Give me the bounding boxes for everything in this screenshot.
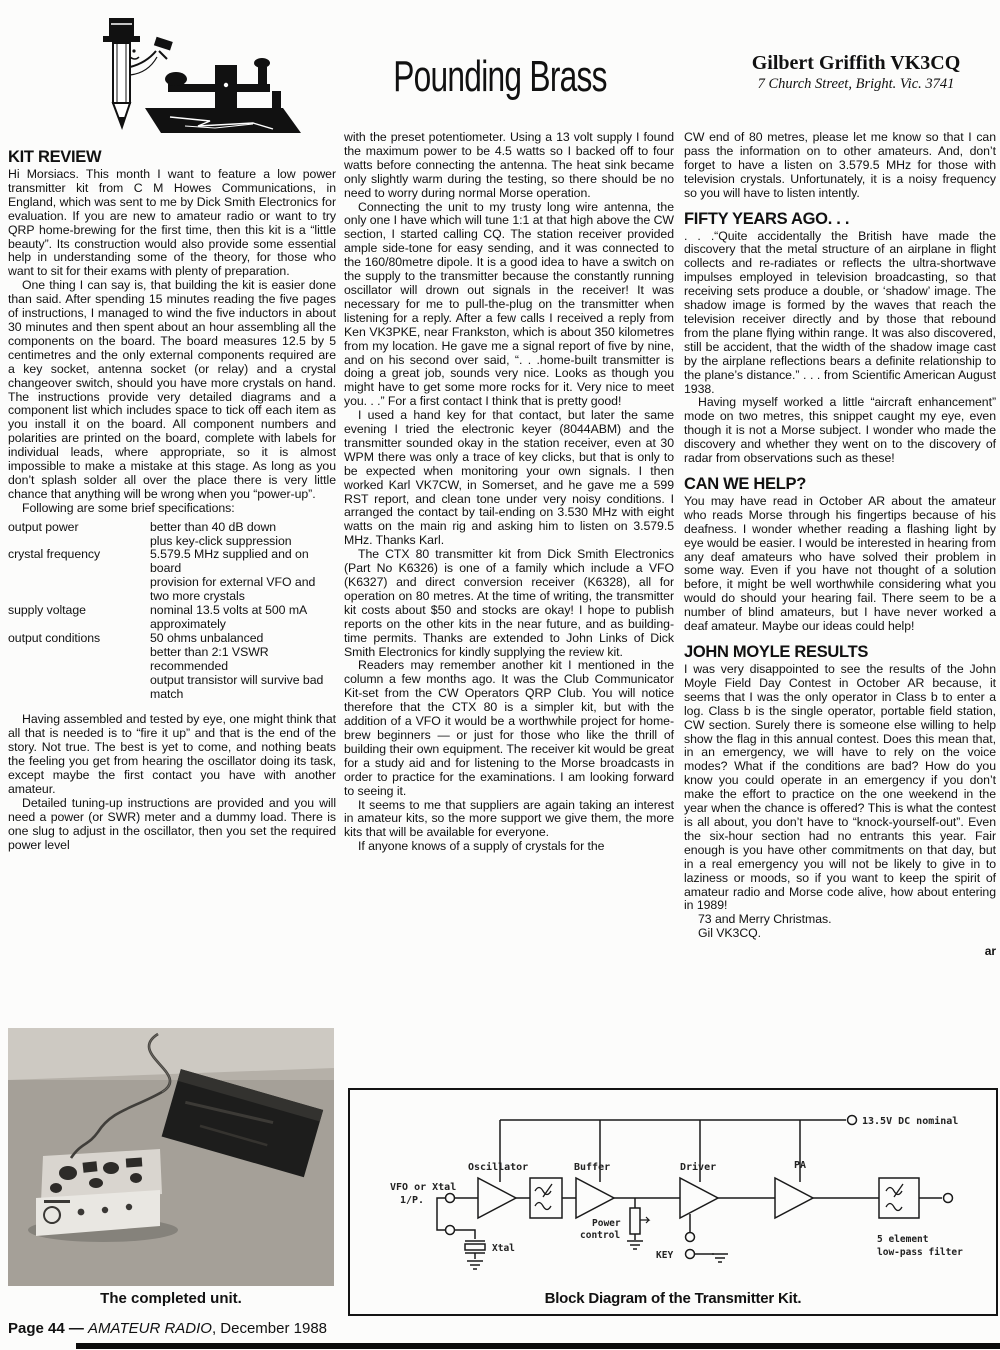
article-end-mark: ar — [684, 945, 996, 959]
paragraph: One thing I can say is, that building th… — [8, 279, 336, 502]
key-label: KEY — [656, 1250, 673, 1261]
paragraph: I was very disappointed to see the resul… — [684, 663, 996, 913]
supply-label: 13.5V DC nominal — [862, 1115, 958, 1127]
pencil-telegraph-key-illustration — [75, 5, 315, 140]
power-control-label: Power — [592, 1218, 621, 1229]
spec-list: output power better than 40 dB down plus… — [8, 521, 336, 702]
page-title: Pounding Brass — [378, 52, 623, 102]
paragraph: with the preset potentiometer. Using a 1… — [344, 131, 674, 201]
input-label: VFO or Xtal — [390, 1182, 456, 1193]
spec-desc: nominal 13.5 volts at 500 mA approximate… — [150, 604, 336, 632]
issue-date: , December 1988 — [212, 1320, 327, 1337]
block-diagram-drawing: 13.5V DC nominal VFO or Xtal 1/P. Oscill… — [350, 1090, 995, 1280]
paragraph: It seems to me that suppliers are again … — [344, 799, 674, 841]
photo-caption: The completed unit. — [8, 1290, 334, 1307]
signoff-line: 73 and Merry Christmas. — [684, 913, 996, 927]
buffer-label: Buffer — [574, 1162, 610, 1173]
paragraph: If anyone knows of a supply of crystals … — [344, 840, 674, 854]
paragraph: You may have read in October AR about th… — [684, 495, 996, 634]
magazine-name: AMATEUR RADIO — [88, 1320, 212, 1337]
spec-row: crystal frequency 5.579.5 MHz supplied a… — [8, 548, 336, 604]
column-1: KIT REVIEW Hi Morsiacs. This month I wan… — [8, 148, 336, 853]
spec-term: output power — [8, 521, 150, 549]
spec-desc: better than 40 dB down plus key-click su… — [150, 521, 336, 549]
author-block: Gilbert Griffith VK3CQ 7 Church Street, … — [720, 52, 992, 93]
paragraph: Connecting the unit to my trusty long wi… — [344, 201, 674, 410]
oscillator-label: Oscillator — [468, 1161, 528, 1173]
heading-fifty-years-ago: FIFTY YEARS AGO. . . — [684, 210, 996, 228]
paragraph: Having assembled and tested by eye, one … — [8, 713, 336, 796]
page-number: Page 44 — — [8, 1320, 88, 1337]
completed-unit-photo — [8, 1028, 334, 1286]
paragraph: I used a hand key for that contact, but … — [344, 409, 674, 548]
block-diagram: 13.5V DC nominal VFO or Xtal 1/P. Oscill… — [348, 1088, 998, 1316]
column-3: CW end of 80 metres, please let me know … — [684, 131, 996, 959]
paragraph: The CTX 80 transmitter kit from Dick Smi… — [344, 548, 674, 659]
author-address: 7 Church Street, Bright. Vic. 3741 — [720, 76, 992, 93]
paragraph: CW end of 80 metres, please let me know … — [684, 131, 996, 201]
spec-desc: 5.579.5 MHz supplied and on board provis… — [150, 548, 336, 604]
input-label-2: 1/P. — [400, 1195, 424, 1206]
author-name: Gilbert Griffith VK3CQ — [720, 52, 992, 75]
spec-row: output conditions 50 ohms unbalanced bet… — [8, 632, 336, 702]
signoff-line: Gil VK3CQ. — [684, 927, 996, 941]
spec-term: supply voltage — [8, 604, 150, 632]
xtal-label: Xtal — [492, 1243, 515, 1254]
diagram-caption: Block Diagram of the Transmitter Kit. — [350, 1290, 996, 1307]
spec-term: output conditions — [8, 632, 150, 702]
magazine-page: Pounding Brass Gilbert Griffith VK3CQ 7 … — [0, 0, 1000, 1350]
specs-intro: Following are some brief specifications: — [8, 502, 336, 516]
column-2: with the preset potentiometer. Using a 1… — [344, 131, 674, 854]
lpf-label-2: low-pass filter — [877, 1247, 963, 1258]
driver-label: Driver — [680, 1161, 716, 1173]
heading-john-moyle-results: JOHN MOYLE RESULTS — [684, 643, 996, 661]
heading-can-we-help: CAN WE HELP? — [684, 475, 996, 493]
spec-term: crystal frequency — [8, 548, 150, 604]
power-control-label-2: control — [580, 1230, 620, 1241]
heading-kit-review: KIT REVIEW — [8, 148, 336, 166]
paragraph: Readers may remember another kit I menti… — [344, 659, 674, 798]
paragraph: . . .“Quite accidentally the British hav… — [684, 230, 996, 397]
paragraph: Having myself worked a little “aircraft … — [684, 396, 996, 466]
bottom-rule — [76, 1343, 1000, 1349]
paragraph: Detailed tuning-up instructions are prov… — [8, 797, 336, 853]
spec-desc: 50 ohms unbalanced better than 2:1 VSWR … — [150, 632, 336, 702]
lpf-label: 5 element — [877, 1234, 928, 1245]
spec-row: output power better than 40 dB down plus… — [8, 521, 336, 549]
spec-row: supply voltage nominal 13.5 volts at 500… — [8, 604, 336, 632]
page-footer: Page 44 — AMATEUR RADIO, December 1988 — [8, 1320, 327, 1337]
pa-label: PA — [794, 1160, 806, 1171]
paragraph: Hi Morsiacs. This month I want to featur… — [8, 168, 336, 279]
